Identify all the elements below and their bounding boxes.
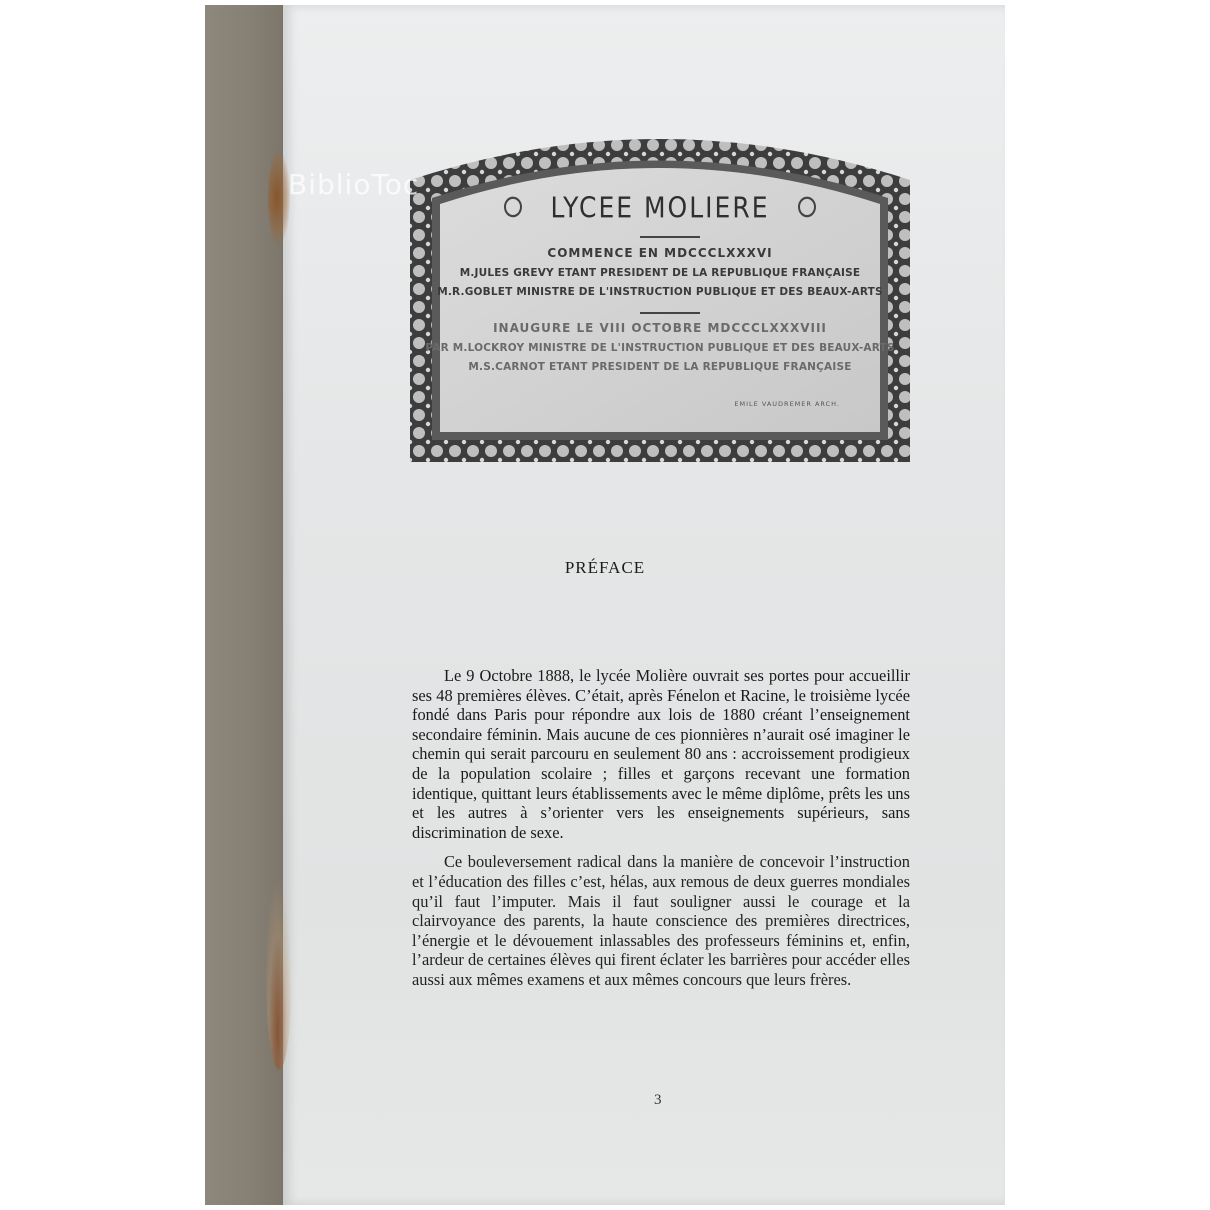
plaque-title: LYCEE MOLIERE (410, 191, 910, 224)
page-number: 3 (654, 1092, 662, 1109)
page-heading: PRÉFACE (0, 558, 1210, 578)
rosette-icon (504, 197, 522, 218)
plaque-line: PAR M.LOCKROY MINISTRE DE L'INSTRUCTION … (410, 342, 910, 354)
plaque-line: M.R.GOBLET MINISTRE DE L'INSTRUCTION PUB… (410, 286, 910, 298)
rosette-icon (798, 197, 816, 218)
plaque-architect-credit: EMILE VAUDREMER ARCH. (734, 400, 840, 408)
plaque-line: COMMENCE EN MDCCCLXXXVI (410, 246, 910, 260)
paper-stain (266, 880, 292, 1070)
paragraph: Le 9 Octobre 1888, le lycée Molière ouvr… (412, 666, 910, 842)
plaque-photograph: LYCEE MOLIERE COMMENCE EN MDCCCLXXXVI M.… (410, 118, 910, 462)
plaque-line: M.JULES GREVY ETANT PRESIDENT DE LA REPU… (410, 267, 910, 279)
plaque-divider (640, 236, 700, 238)
plaque-line: M.S.CARNOT ETANT PRESIDENT DE LA REPUBLI… (410, 361, 910, 373)
paper-stain (268, 150, 290, 245)
plaque-line: INAUGURE LE VIII OCTOBRE MDCCCLXXXVIII (410, 321, 910, 335)
watermark: BiblioToc (288, 168, 419, 201)
preface-body: Le 9 Octobre 1888, le lycée Molière ouvr… (412, 666, 910, 1000)
plaque-divider (640, 312, 700, 314)
paragraph: Ce bouleversement radical dans la manièr… (412, 852, 910, 989)
